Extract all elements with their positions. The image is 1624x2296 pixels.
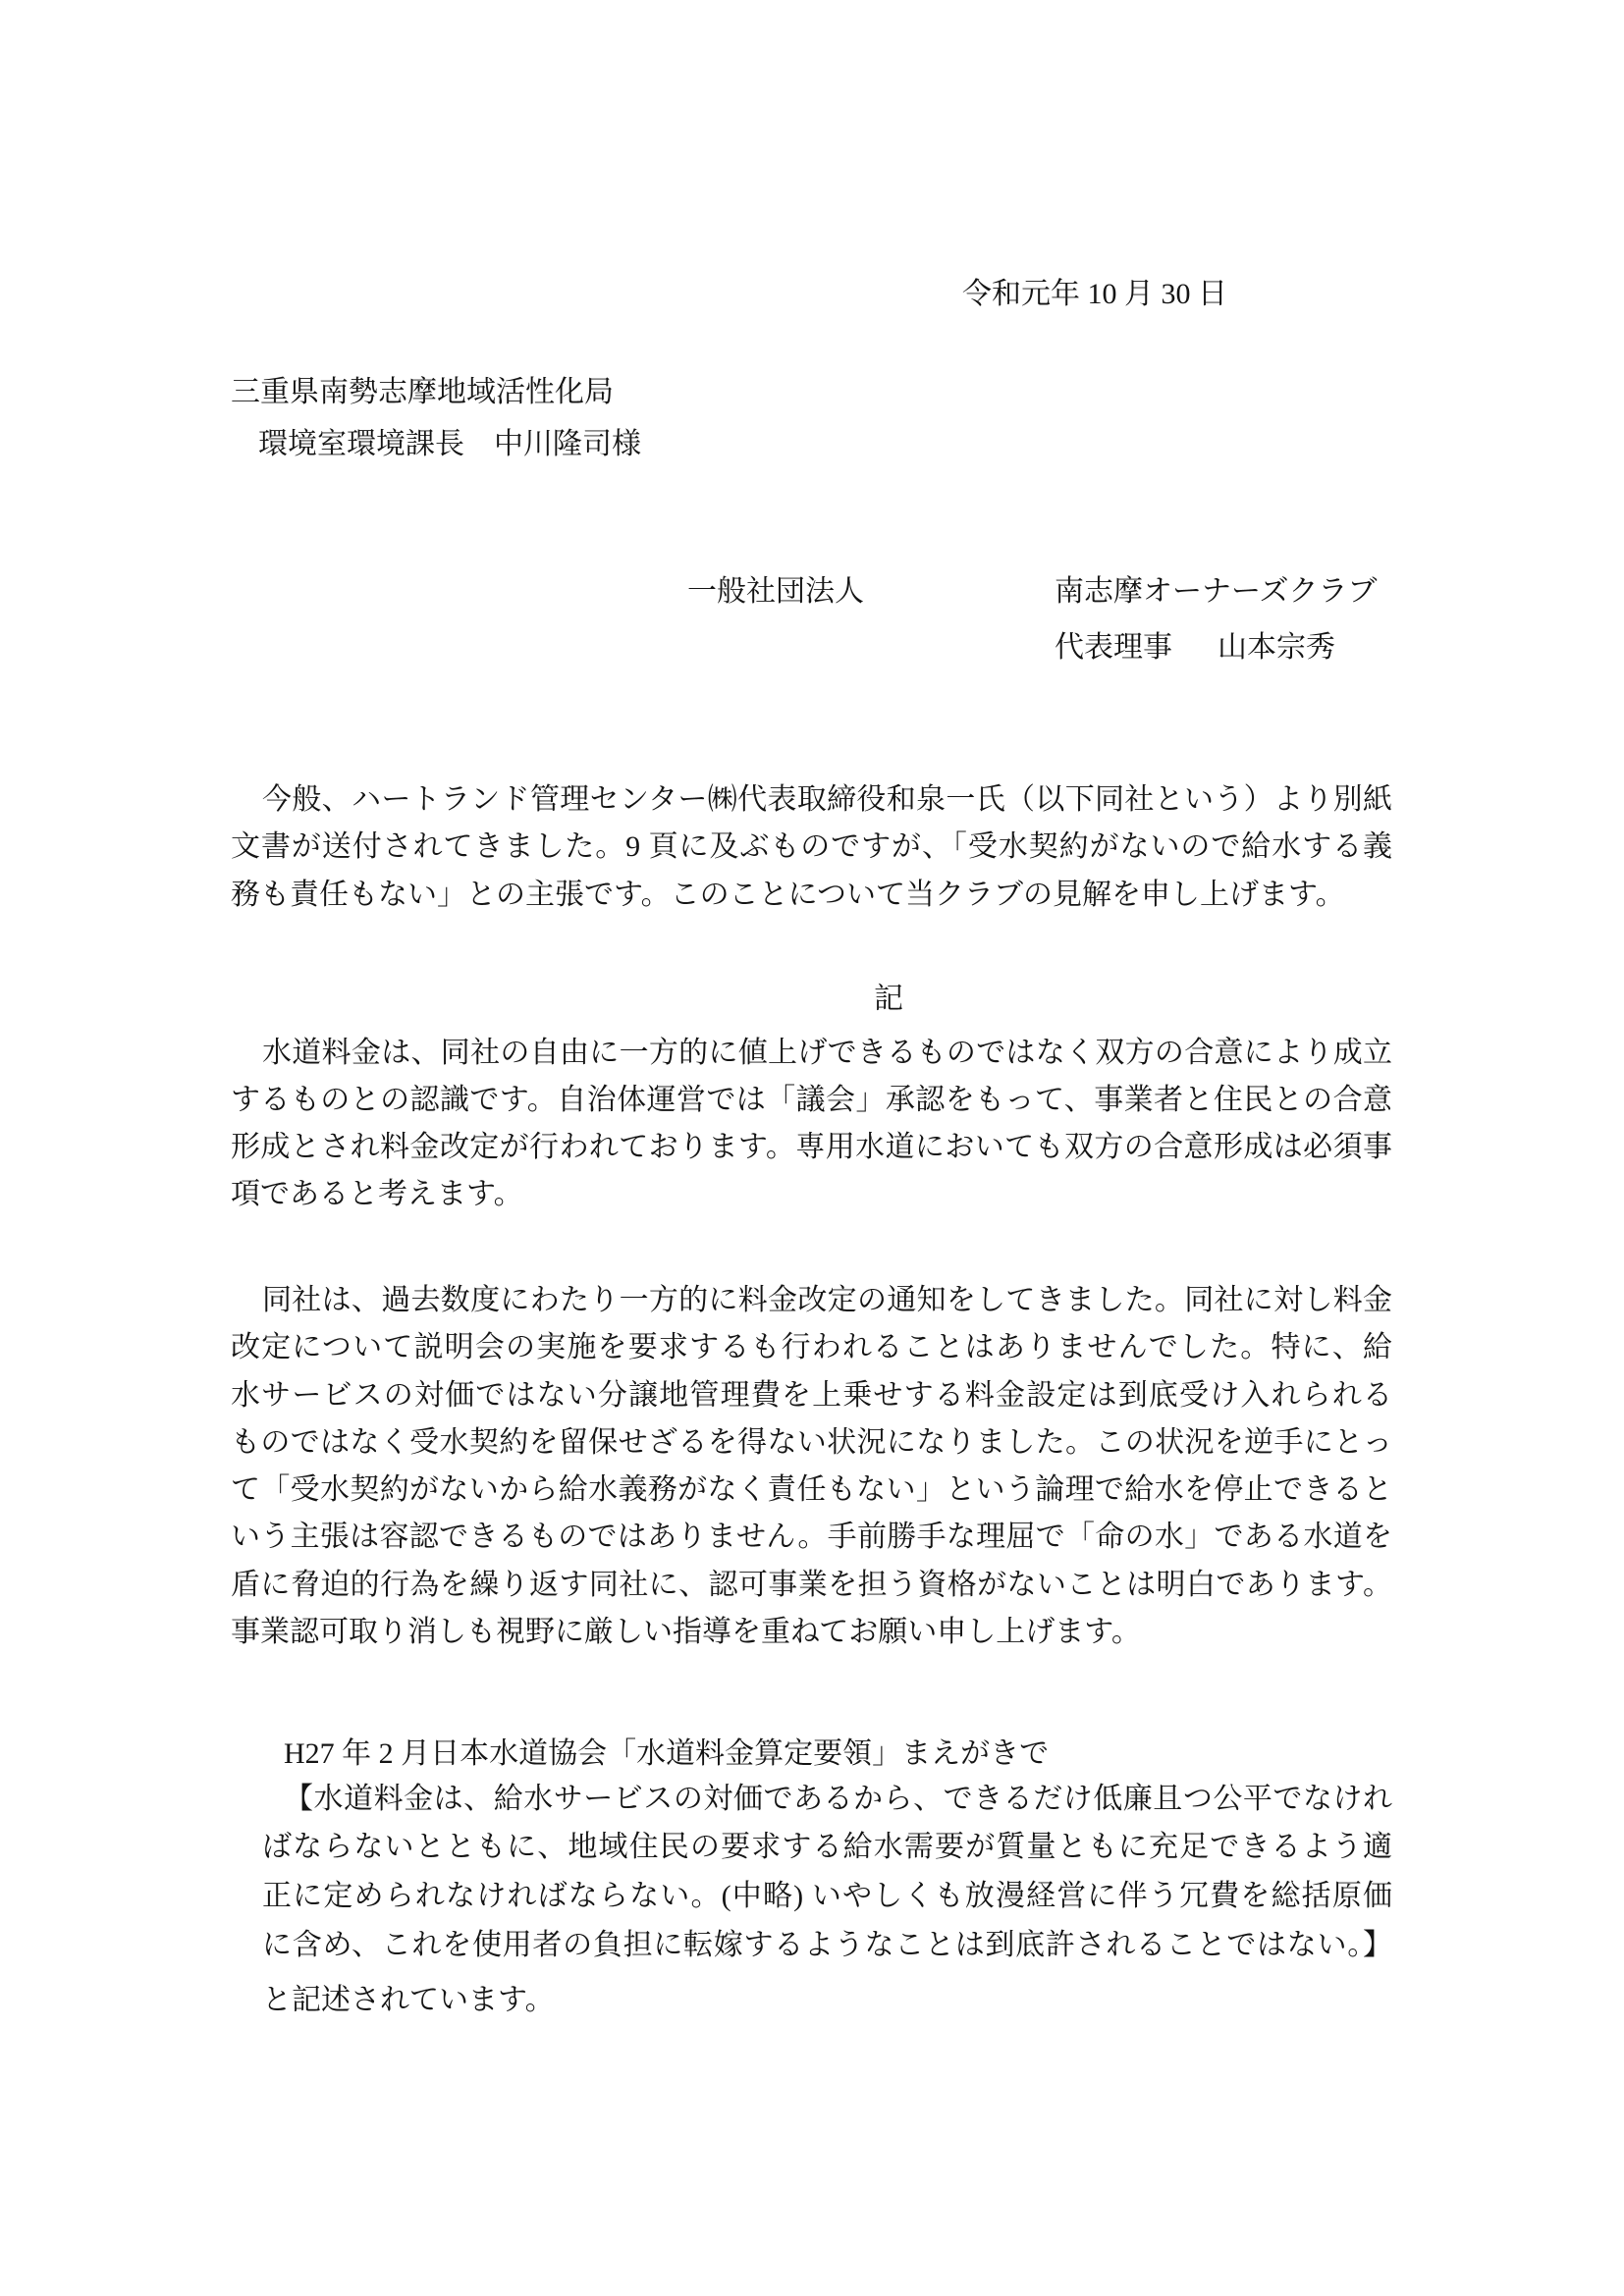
para3-line-6: いう主張は容認できるものではありません。手前勝手な理屈で「命の水」である水道を	[231, 1519, 1392, 1556]
sender-name: 山本宗秀	[1218, 629, 1335, 667]
para3-line-3: 水サービスの対価ではない分譲地管理費を上乗せする料金設定は到底受け入れられる	[231, 1377, 1392, 1415]
recipient-person: 環境室環境課長 中川隆司様	[231, 426, 1392, 463]
letter-page: 令和元年 10 月 30 日 三重県南勢志摩地域活性化局 環境室環境課長 中川隆…	[0, 0, 1624, 2296]
para3-line-2: 改定について説明会の実施を要求するも行われることはありませんでした。特に、給	[231, 1329, 1392, 1366]
citation-line-6: と記述されています。	[262, 1982, 1392, 2019]
para3-line-7: 盾に脅迫的行為を繰り返す同社に、認可事業を担う資格がないことは明白であります。	[231, 1567, 1392, 1604]
ki-heading: 記	[874, 981, 903, 1018]
intro-line-3: 務も責任もない」との主張です。このことについて当クラブの見解を申し上げます。	[231, 877, 1392, 914]
para2-line-2: するものとの認識です。自治体運営では「議会」承認をもって、事業者と住民との合意	[231, 1082, 1392, 1119]
date-line: 令和元年 10 月 30 日	[231, 276, 1392, 313]
sender-org-name: 南志摩オーナーズクラブ	[1055, 573, 1378, 611]
citation-line-5: に含め、これを使用者の負担に転嫁するようなことは到底許されることではない。】	[262, 1927, 1392, 1964]
sender-title: 代表理事	[1055, 629, 1172, 667]
sender-org-type: 一般社団法人	[687, 573, 864, 611]
recipient-organization: 三重県南勢志摩地域活性化局	[231, 374, 1392, 411]
citation-line-1: H27 年 2 月日本水道協会「水道料金算定要領」まえがきで	[262, 1735, 1392, 1773]
para2-line-3: 形成とされ料金改定が行われております。専用水道においても双方の合意形成は必須事	[231, 1129, 1392, 1166]
citation-line-3: ばならないとともに、地域住民の要求する給水需要が質量ともに充足できるよう適	[262, 1829, 1392, 1866]
para2-line-1: 水道料金は、同社の自由に一方的に値上げできるものではなく双方の合意により成立	[231, 1035, 1392, 1072]
intro-line-2: 文書が送付されてきました。9 頁に及ぶものですが、「受水契約がないので給水する義	[231, 828, 1392, 866]
para3-line-8: 事業認可取り消しも視野に厳しい指導を重ねてお願い申し上げます。	[231, 1614, 1392, 1651]
para2-line-4: 項であると考えます。	[231, 1176, 1392, 1213]
para3-line-4: ものではなく受水契約を留保せざるを得ない状況になりました。この状況を逆手にとっ	[231, 1424, 1392, 1462]
citation-line-2: 【水道料金は、給水サービスの対価であるから、できるだけ低廉且つ公平でなけれ	[262, 1781, 1392, 1818]
para3-line-1: 同社は、過去数度にわたり一方的に料金改定の通知をしてきました。同社に対し料金	[231, 1282, 1392, 1319]
intro-line-1: 今般、ハートランド管理センター㈱代表取締役和泉一氏（以下同社という）より別紙	[231, 781, 1392, 819]
citation-line-4: 正に定められなければならない。(中略) いやしくも放漫経営に伴う冗費を総括原価	[262, 1878, 1392, 1915]
para3-line-5: て「受水契約がないから給水義務がなく責任もない」という論理で給水を停止できると	[231, 1471, 1392, 1509]
